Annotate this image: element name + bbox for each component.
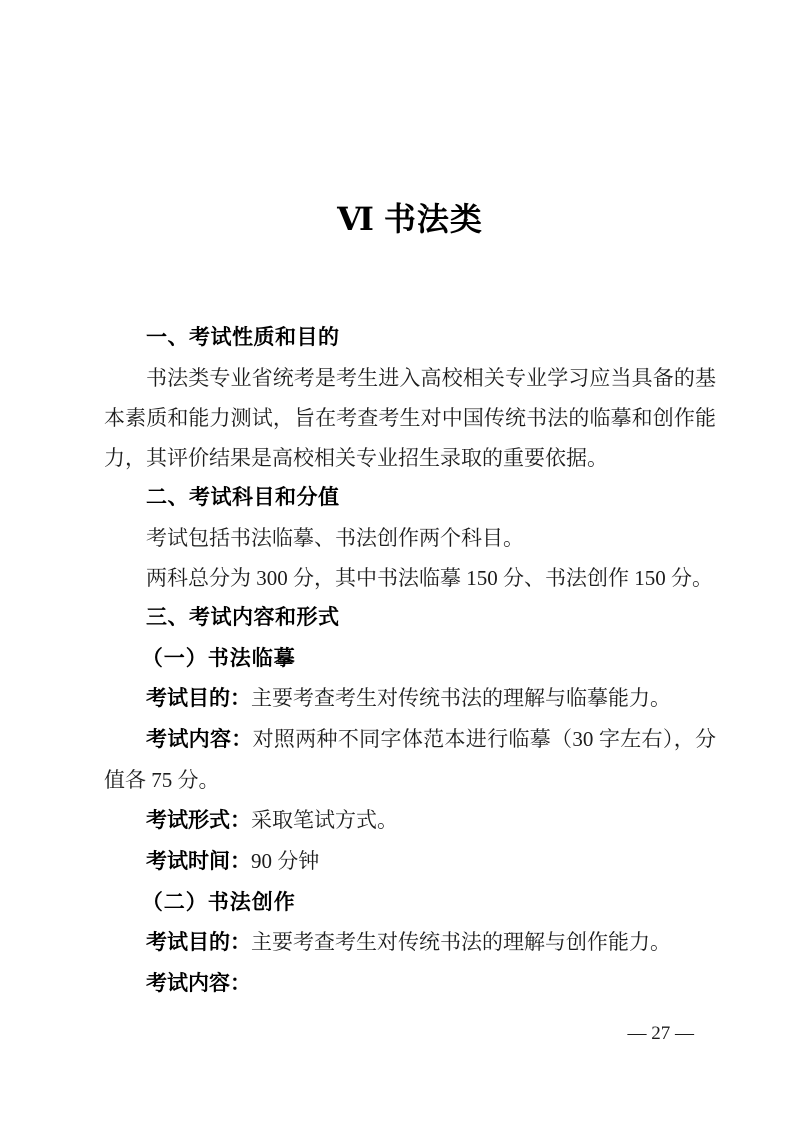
exam-item-content-1: 考试内容：对照两种不同字体范本进行临摹（30 字左右），分值各 75 分。 [104,719,716,800]
exam-item-label: 考试目的： [146,687,251,710]
exam-item-format-1: 考试形式：采取笔试方式。 [104,800,716,841]
section3-sub1-heading: （一）书法临摹 [104,638,716,678]
exam-item-content-2: 考试内容： [104,963,716,1004]
exam-item-text: 90 分钟 [251,849,319,873]
page-number: — 27 — [628,1022,695,1046]
document-title: Ⅵ 书法类 [104,197,716,242]
exam-item-duration-1: 考试时间：90 分钟 [104,841,716,882]
exam-item-purpose-1: 考试目的：主要考查考生对传统书法的理解与临摹能力。 [104,678,716,719]
document-body: 一、考试性质和目的 书法类专业省统考是考生进入高校相关专业学习应当具备的基本素质… [104,318,716,1004]
document-page: Ⅵ 书法类 一、考试性质和目的 书法类专业省统考是考生进入高校相关专业学习应当具… [0,0,794,1123]
section3-sub2-heading: （二）书法创作 [104,882,716,922]
section2-paragraph-subjects: 考试包括书法临摹、书法创作两个科目。 [104,518,716,558]
document-content: Ⅵ 书法类 一、考试性质和目的 书法类专业省统考是考生进入高校相关专业学习应当具… [104,197,716,1004]
section1-paragraph: 书法类专业省统考是考生进入高校相关专业学习应当具备的基本素质和能力测试，旨在考查… [104,358,716,478]
section3-heading: 三、考试内容和形式 [104,598,716,638]
exam-item-text: 主要考查考生对传统书法的理解与创作能力。 [251,930,671,954]
exam-item-purpose-2: 考试目的：主要考查考生对传统书法的理解与创作能力。 [104,922,716,963]
section2-heading: 二、考试科目和分值 [104,478,716,518]
exam-item-label: 考试形式： [146,809,251,832]
section1-heading: 一、考试性质和目的 [104,318,716,358]
section2-paragraph-scores: 两科总分为 300 分，其中书法临摹 150 分、书法创作 150 分。 [104,558,716,598]
exam-item-label: 考试目的： [146,931,251,954]
exam-item-text: 采取笔试方式。 [251,808,398,832]
exam-item-label: 考试内容： [146,972,251,995]
exam-item-label: 考试时间： [146,850,251,873]
exam-item-text: 主要考查考生对传统书法的理解与临摹能力。 [251,686,671,710]
exam-item-label: 考试内容： [146,728,253,751]
